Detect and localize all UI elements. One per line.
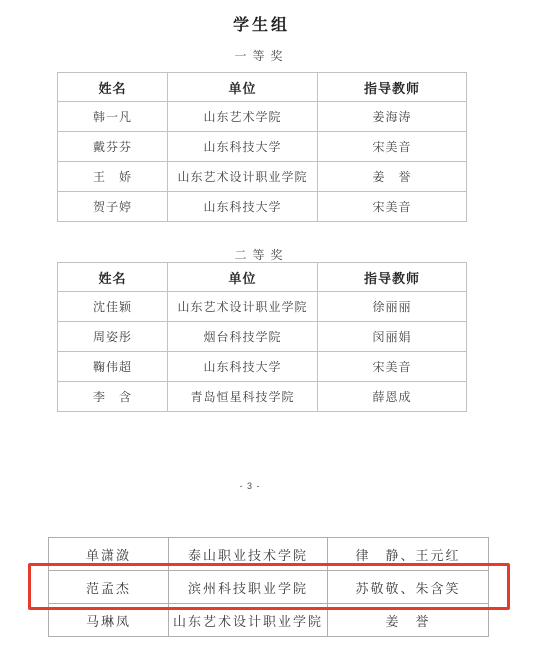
table-row: 沈佳颖 山东艺术设计职业学院 徐丽丽 <box>58 292 467 322</box>
table-row: 李 含 青岛恒星科技学院 薛恩成 <box>58 382 467 412</box>
cell-unit: 山东科技大学 <box>168 352 318 382</box>
table-row: 韩一凡 山东艺术学院 姜海涛 <box>58 102 467 132</box>
cell-advisor: 律 静、王元红 <box>328 538 489 571</box>
cell-advisor: 姜 誉 <box>318 162 467 192</box>
section-label-first-prize: 一等奖 <box>57 47 466 64</box>
cell-name: 王 娇 <box>58 162 168 192</box>
table-row-highlighted: 范孟杰 滨州科技职业学院 苏敬敬、朱含笑 <box>49 571 489 604</box>
cell-unit: 滨州科技职业学院 <box>169 571 328 604</box>
table-row: 王 娇 山东艺术设计职业学院 姜 誉 <box>58 162 467 192</box>
header-advisor: 指导教师 <box>318 263 467 292</box>
cell-advisor: 闵丽娟 <box>318 322 467 352</box>
page-title: 学生组 <box>57 12 466 35</box>
header-name: 姓名 <box>58 73 168 102</box>
cell-advisor: 姜 誉 <box>328 604 489 637</box>
cell-advisor: 苏敬敬、朱含笑 <box>328 571 489 604</box>
cell-advisor: 宋美音 <box>318 352 467 382</box>
cell-advisor: 薛恩成 <box>318 382 467 412</box>
document-page: 学生组 一等奖 姓名 单位 指导教师 韩一凡 山东艺术学院 姜海涛 戴芬芬 山东… <box>0 0 554 658</box>
cell-name: 周姿彤 <box>58 322 168 352</box>
table-row: 周姿彤 烟台科技学院 闵丽娟 <box>58 322 467 352</box>
first-prize-table: 姓名 单位 指导教师 韩一凡 山东艺术学院 姜海涛 戴芬芬 山东科技大学 宋美音… <box>57 72 467 222</box>
table-header-row: 姓名 单位 指导教师 <box>58 263 467 292</box>
cell-name: 贺子婷 <box>58 192 168 222</box>
cell-name: 马琳凤 <box>49 604 169 637</box>
cell-unit: 山东艺术设计职业学院 <box>169 604 328 637</box>
header-advisor: 指导教师 <box>318 73 467 102</box>
table-row: 贺子婷 山东科技大学 宋美音 <box>58 192 467 222</box>
cell-advisor: 徐丽丽 <box>318 292 467 322</box>
cell-name: 李 含 <box>58 382 168 412</box>
cell-unit: 山东科技大学 <box>168 132 318 162</box>
cell-name: 范孟杰 <box>49 571 169 604</box>
cell-name: 戴芬芬 <box>58 132 168 162</box>
cell-advisor: 姜海涛 <box>318 102 467 132</box>
section-label-second-prize: 二等奖 <box>57 246 466 263</box>
page-number: - 3 - <box>0 481 500 491</box>
table-row: 单潇潋 泰山职业技术学院 律 静、王元红 <box>49 538 489 571</box>
cell-unit: 山东艺术设计职业学院 <box>168 292 318 322</box>
table-row: 鞠伟超 山东科技大学 宋美音 <box>58 352 467 382</box>
cell-name: 沈佳颖 <box>58 292 168 322</box>
cell-name: 鞠伟超 <box>58 352 168 382</box>
cell-advisor: 宋美音 <box>318 192 467 222</box>
cell-name: 单潇潋 <box>49 538 169 571</box>
cell-unit: 山东艺术学院 <box>168 102 318 132</box>
table-row: 戴芬芬 山东科技大学 宋美音 <box>58 132 467 162</box>
table-header-row: 姓名 单位 指导教师 <box>58 73 467 102</box>
cell-unit: 山东科技大学 <box>168 192 318 222</box>
table-row: 马琳凤 山东艺术设计职业学院 姜 誉 <box>49 604 489 637</box>
second-prize-table: 姓名 单位 指导教师 沈佳颖 山东艺术设计职业学院 徐丽丽 周姿彤 烟台科技学院… <box>57 262 467 412</box>
header-unit: 单位 <box>168 263 318 292</box>
cell-unit: 山东艺术设计职业学院 <box>168 162 318 192</box>
cell-name: 韩一凡 <box>58 102 168 132</box>
cell-advisor: 宋美音 <box>318 132 467 162</box>
cell-unit: 青岛恒星科技学院 <box>168 382 318 412</box>
header-name: 姓名 <box>58 263 168 292</box>
bottom-table: 单潇潋 泰山职业技术学院 律 静、王元红 范孟杰 滨州科技职业学院 苏敬敬、朱含… <box>48 537 489 637</box>
cell-unit: 烟台科技学院 <box>168 322 318 352</box>
cell-unit: 泰山职业技术学院 <box>169 538 328 571</box>
header-unit: 单位 <box>168 73 318 102</box>
